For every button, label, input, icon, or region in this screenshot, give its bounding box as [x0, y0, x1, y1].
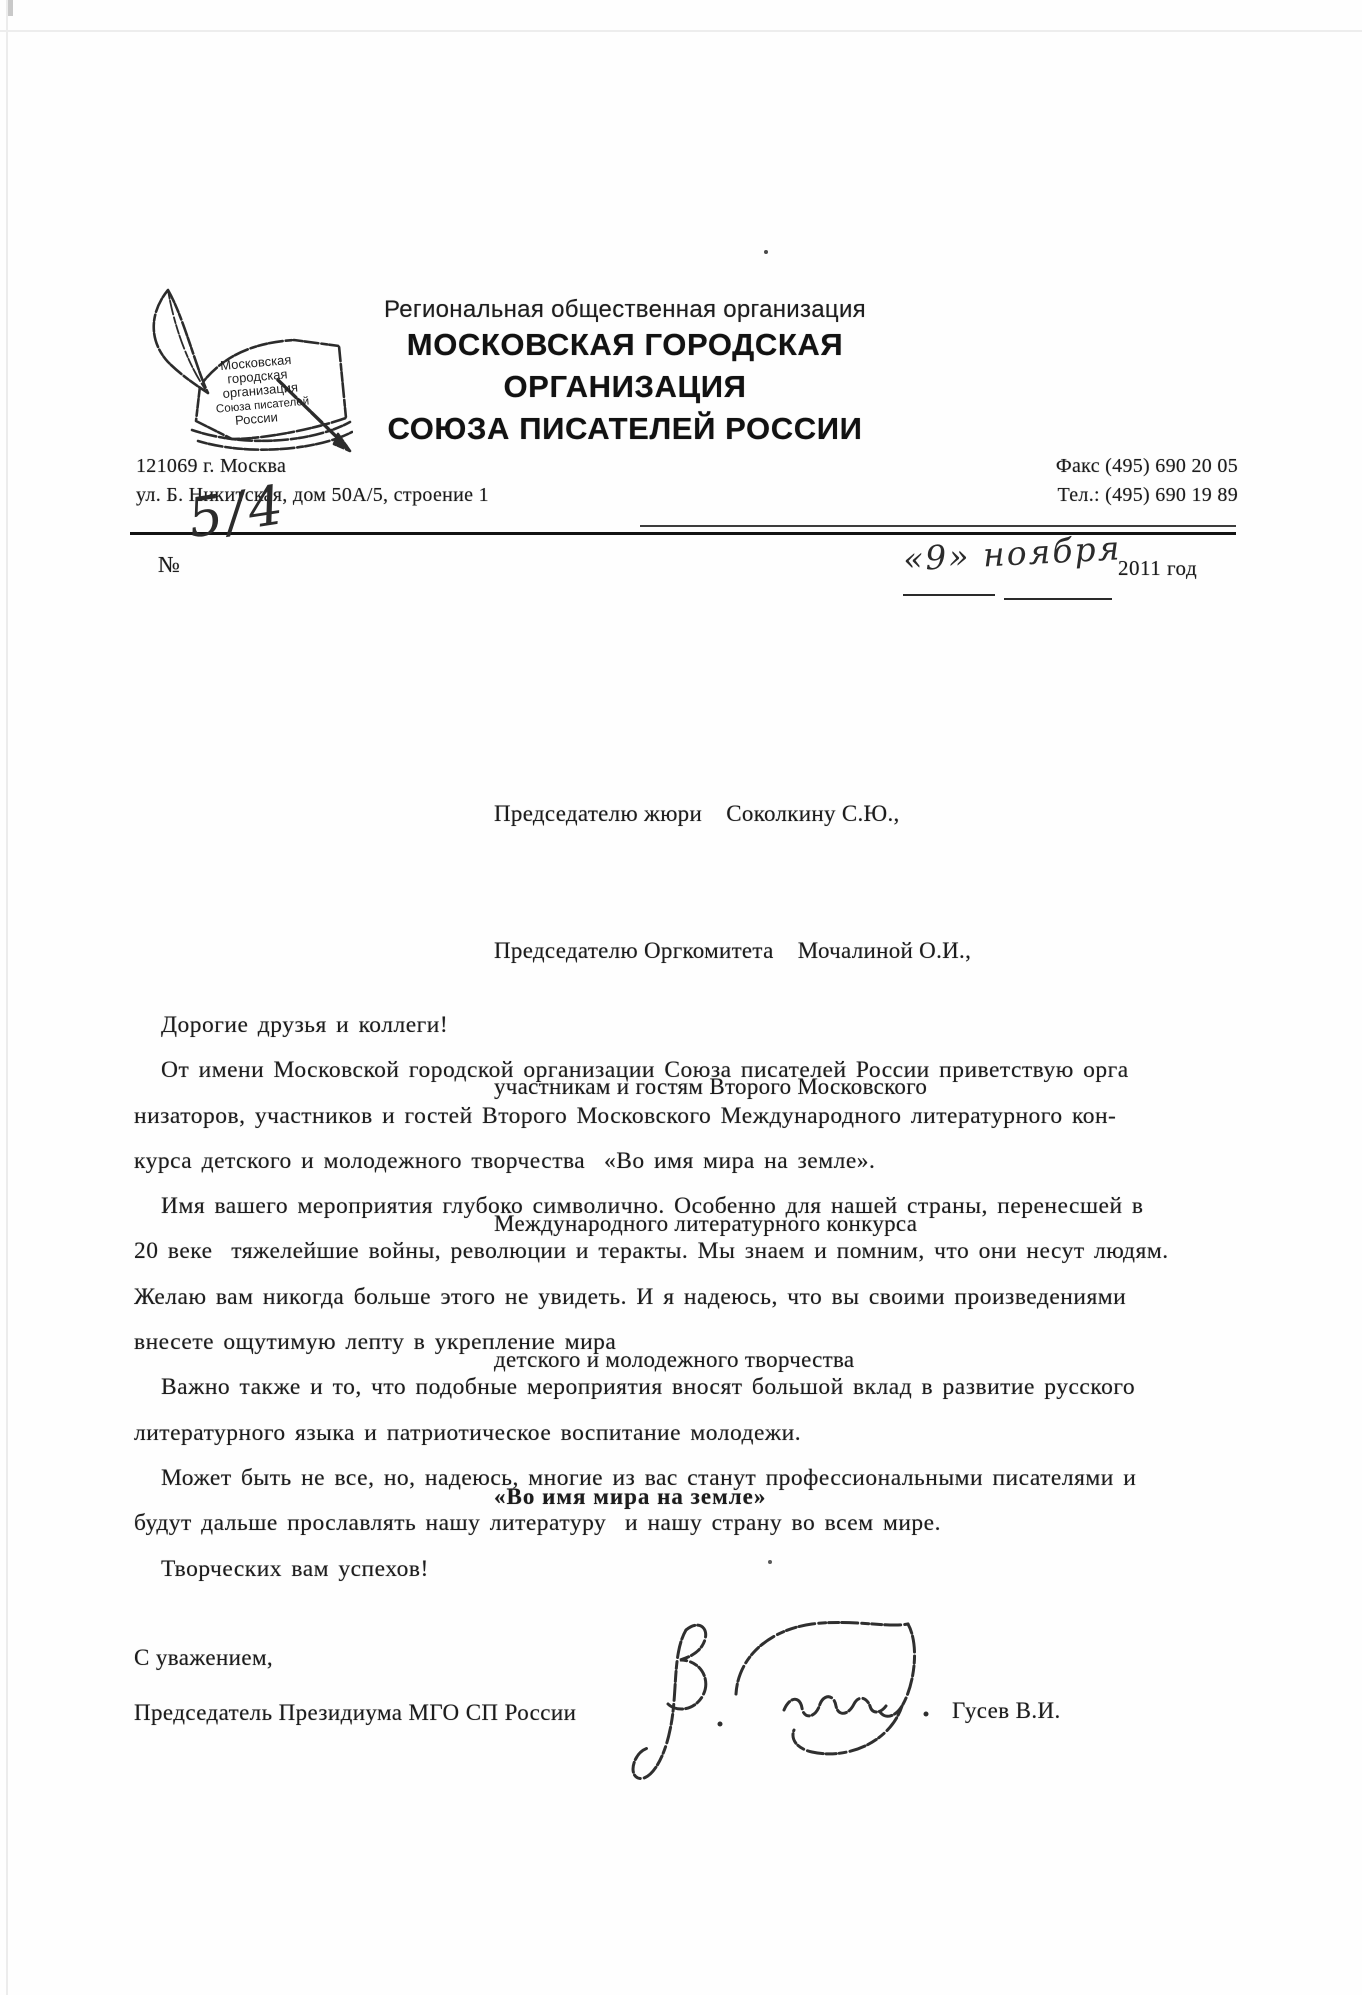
letterhead: Региональная общественная организация МО… [290, 296, 960, 450]
scan-edge-left [6, 0, 8, 1995]
signature-handwriting [608, 1602, 968, 1797]
date-underline [1004, 598, 1112, 600]
salutation: Дорогие друзья и коллеги! [134, 1012, 1238, 1057]
address-line1: 121069 г. Москва [136, 452, 489, 481]
body-line: Имя вашего мероприятия глубоко символичн… [134, 1193, 1238, 1238]
signer-name: Гусев В.И. [952, 1698, 1061, 1724]
letterhead-rule-secondary [640, 525, 1236, 527]
date-year-printed: 2011 год [1118, 556, 1197, 581]
body-line: будут дальше прославлять нашу литературу… [134, 1510, 1238, 1555]
body-line: Желаю вам никогда больше этого не увидет… [134, 1284, 1238, 1329]
body-closing-line: Творческих вам успехов! [134, 1556, 1238, 1601]
body-line: низаторов, участников и гостей Второго М… [134, 1103, 1238, 1148]
fax-number: Факс (495) 690 20 05 [760, 452, 1238, 481]
scan-edge-top [0, 30, 1362, 32]
recipient-line: Председателю Оргкомитета Мочалиной О.И., [494, 928, 1074, 974]
body-line: Может быть не все, но, надеюсь, многие и… [134, 1465, 1238, 1510]
recipient-line: Председателю жюри Соколкину С.Ю., [494, 791, 1074, 837]
body-line: Важно также и то, что подобные мероприят… [134, 1374, 1238, 1419]
date-handwritten: «9» ноября [902, 528, 1122, 578]
body-line: курса детского и молодежного творчества … [134, 1148, 1238, 1193]
signer-title: Председатель Президиума МГО СП России [134, 1700, 576, 1726]
body-line: От имени Московской городской организаци… [134, 1057, 1238, 1102]
body-line: литературного языка и патриотическое вос… [134, 1420, 1238, 1465]
reference-number-label: № [158, 552, 180, 578]
date-underline [903, 594, 995, 596]
scan-corner-mark [8, 0, 13, 16]
organization-type: Региональная общественная организация [290, 296, 960, 324]
organization-name-line2: СОЮЗА ПИСАТЕЛЕЙ РОССИИ [290, 408, 960, 450]
body-line: 20 веке тяжелейшие войны, революции и те… [134, 1238, 1238, 1283]
contact-block: Факс (495) 690 20 05 Тел.: (495) 690 19 … [760, 452, 1238, 510]
phone-number: Тел.: (495) 690 19 89 [760, 481, 1238, 510]
scan-speck [764, 250, 768, 254]
valediction: С уважением, [134, 1645, 273, 1671]
body-line: внесете ощутимую лепту в укрепление мира [134, 1329, 1238, 1374]
organization-name-line1: МОСКОВСКАЯ ГОРОДСКАЯ ОРГАНИЗАЦИЯ [290, 324, 960, 408]
letter-body: Дорогие друзья и коллеги! От имени Моско… [134, 1012, 1238, 1601]
scanned-letter-page: Московская городская организация Союза п… [0, 0, 1362, 1995]
